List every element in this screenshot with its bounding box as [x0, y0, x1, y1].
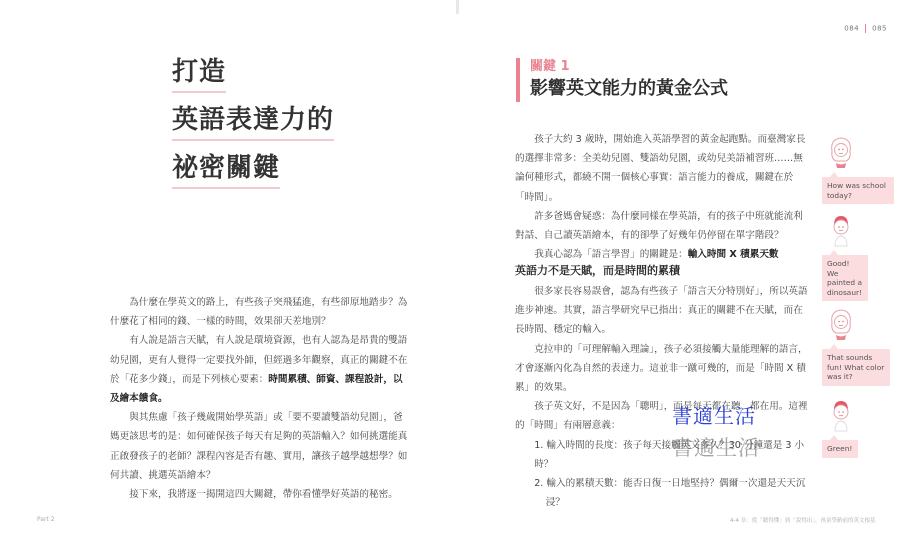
dialog-mother-2: That sounds fun! What color was it? — [822, 307, 907, 386]
formula: 輸入時間 X 積累天數 — [688, 249, 779, 260]
title-line: 英語表達力的 — [172, 103, 334, 141]
dialog-child-2: Green! — [822, 398, 907, 458]
page-footer-right: 4-4 章：從「聽得懂」到「說得出」，孩童學齡前的英文根基 — [730, 516, 875, 524]
child-avatar-icon — [826, 213, 856, 247]
paragraph: 有人說是語言天賦，有人說是環境資源，也有人認為是昂貴的雙語幼兒園，更有人覺得一定… — [110, 331, 410, 408]
mother-avatar-icon — [826, 307, 856, 341]
section-body-1: 孩子大約 3 歲時，開始進入英語學習的黃金起跑點。而臺灣家長的選擇非常多：全美幼… — [515, 130, 810, 264]
section-body-2: 很多家長容易誤會，認為有些孩子「語言天分特別好」，所以英語進步神速。其實，語言學… — [515, 282, 810, 512]
title-line: 打造 — [172, 55, 226, 93]
intro-body: 為什麼在學英文的路上，有些孩子突飛猛進，有些卻原地踏步？為什麼花了相同的錢、一樣… — [110, 293, 410, 504]
key-label: 關鍵 1 — [530, 58, 728, 76]
paragraph: 孩子英文好，不是因為「聰明」，而是每天都在聽、都在用。這裡的「時間」有兩層意義： — [515, 397, 810, 435]
page-footer-left: Part 2 — [37, 516, 55, 523]
list-item: 1. 輸入時間的長度：孩子每天接觸英文多久？30 分鐘還是 3 小時？ — [515, 436, 810, 474]
paragraph: 為什麼在學英文的路上，有些孩子突飛猛進，有些卻原地踏步？為什麼花了相同的錢、一樣… — [110, 293, 410, 331]
paragraph: 孩子大約 3 歲時，開始進入英語學習的黃金起跑點。而臺灣家長的選擇非常多：全美幼… — [515, 130, 810, 207]
speech-bubble: How was school today? — [822, 177, 894, 204]
divider — [865, 24, 866, 33]
paragraph: 很多家長容易誤會，認為有些孩子「語言天分特別好」，所以英語進步神速。其實，語言學… — [515, 282, 810, 340]
chapter-title: 打造 英語表達力的 祕密關鍵 — [172, 55, 334, 199]
speech-bubble: That sounds fun! What color was it? — [822, 349, 890, 386]
speech-bubble: Green! — [822, 440, 858, 458]
section-subheading: 英語力不是天賦，而是時間的累積 — [515, 262, 680, 278]
left-page: 打造 英語表達力的 祕密關鍵 為什麼在學英文的路上，有些孩子突飛猛進，有些卻原地… — [0, 0, 458, 540]
paragraph: 與其焦慮「孩子幾歲開始學英語」或「要不要讀雙語幼兒園」，爸媽更該思考的是：如何確… — [110, 408, 410, 485]
title-line: 祕密關鍵 — [172, 151, 280, 189]
key-heading: 關鍵 1 影響英文能力的黃金公式 — [516, 58, 728, 102]
paragraph: 接下來，我將逐一揭開這四大關鍵，帶你看懂學好英語的秘密。 — [110, 485, 410, 504]
key-title: 影響英文能力的黃金公式 — [530, 76, 728, 102]
paragraph: 許多爸媽會疑惑：為什麼同樣在學英語，有的孩子中班就能流利對話、自己讀英語繪本，有… — [515, 207, 810, 245]
dialog-mother-1: How was school today? — [822, 135, 907, 204]
list-item: 2. 輸入的累積天數：能否日復一日地堅持？偶爾一次還是天天沉浸？ — [515, 474, 810, 512]
paragraph: 克拉申的「可理解輸入理論」，孩子必須接觸大量能理解的語言，才會逐漸內化為自然的表… — [515, 340, 810, 398]
dialog-child-1: Good! We painted a dinosaur! — [822, 213, 907, 301]
watermark: 書適生活 — [672, 400, 756, 429]
mother-avatar-icon — [826, 135, 856, 169]
watermark-ghost: 書適生活 — [672, 432, 760, 462]
page-numbers: 084085 — [844, 24, 887, 33]
speech-bubble: Good! We painted a dinosaur! — [822, 255, 868, 301]
child-avatar-icon — [826, 398, 856, 432]
